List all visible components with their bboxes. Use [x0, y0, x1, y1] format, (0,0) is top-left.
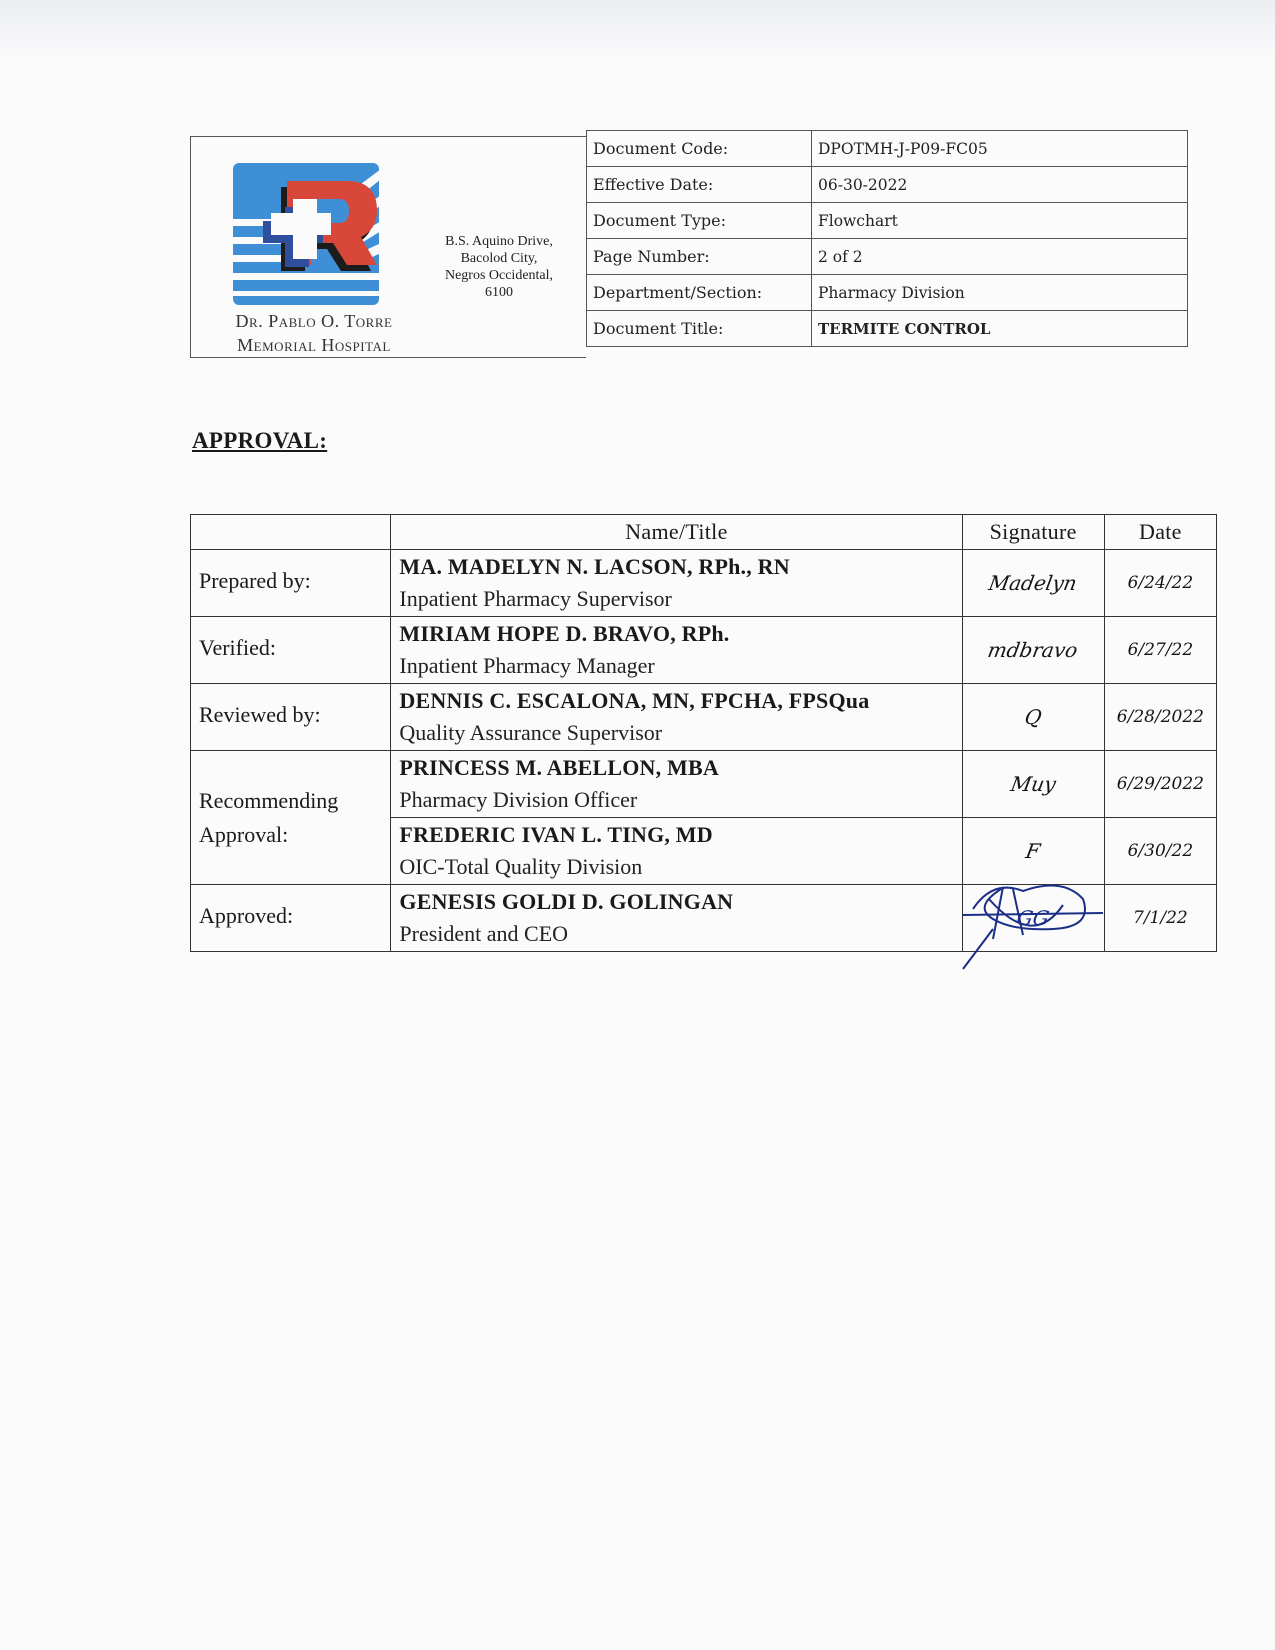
- name-title-cell: MA. MADELYN N. LACSON, RPh., RN Inpatien…: [391, 550, 962, 617]
- table-row-reviewed: Reviewed by: DENNIS C. ESCALONA, MN, FPC…: [191, 684, 1217, 751]
- signed-date: 6/29/2022: [1104, 751, 1216, 818]
- meta-row-document-code: Document Code: DPOTMH-J-P09-FC05: [587, 131, 1188, 167]
- meta-row-department: Department/Section: Pharmacy Division: [587, 275, 1188, 311]
- meta-label: Document Title:: [587, 311, 812, 347]
- column-header-role: [191, 515, 391, 550]
- signature-cell: mdbravo: [962, 617, 1104, 684]
- document-meta-table: Document Code: DPOTMH-J-P09-FC05 Effecti…: [586, 130, 1188, 347]
- person-name: DENNIS C. ESCALONA, MN, FPCHA, FPSQua: [399, 685, 953, 717]
- name-title-cell: GENESIS GOLDI D. GOLINGAN President and …: [391, 885, 962, 952]
- person-title: OIC-Total Quality Division: [399, 851, 953, 883]
- person-name: GENESIS GOLDI D. GOLINGAN: [399, 886, 953, 918]
- name-title-cell: PRINCESS M. ABELLON, MBA Pharmacy Divisi…: [391, 751, 962, 818]
- meta-row-effective-date: Effective Date: 06-30-2022: [587, 167, 1188, 203]
- handwritten-signature: Muy: [1009, 772, 1058, 796]
- hospital-cross-r-logo-icon: [231, 159, 387, 309]
- approval-table-header: Name/Title Signature Date: [191, 515, 1217, 550]
- signed-date: 6/30/22: [1104, 818, 1216, 885]
- meta-value-document-type: Flowchart: [812, 203, 1188, 239]
- person-title: Inpatient Pharmacy Supervisor: [399, 583, 953, 615]
- person-title: President and CEO: [399, 918, 953, 950]
- document-header: Dr. Pablo O. Torre Memorial Hospital B.S…: [190, 130, 1188, 358]
- approval-heading: APPROVAL:: [192, 428, 327, 454]
- person-title: Quality Assurance Supervisor: [399, 717, 953, 749]
- signature-cell: Madelyn: [962, 550, 1104, 617]
- table-row-prepared: Prepared by: MA. MADELYN N. LACSON, RPh.…: [191, 550, 1217, 617]
- table-row-verified: Verified: MIRIAM HOPE D. BRAVO, RPh. Inp…: [191, 617, 1217, 684]
- meta-value-document-title: TERMITE CONTROL: [812, 311, 1188, 347]
- meta-value-page-number: 2 of 2: [812, 239, 1188, 275]
- meta-label: Document Type:: [587, 203, 812, 239]
- meta-label: Page Number:: [587, 239, 812, 275]
- column-header-name-title: Name/Title: [391, 515, 962, 550]
- signed-date: 6/28/2022: [1104, 684, 1216, 751]
- signature-cell: GG: [962, 885, 1104, 952]
- approval-table: Name/Title Signature Date Prepared by: M…: [190, 514, 1217, 952]
- person-name: FREDERIC IVAN L. TING, MD: [399, 819, 953, 851]
- role-label: Approved:: [191, 885, 391, 952]
- hospital-address: B.S. Aquino Drive, Bacolod City, Negros …: [423, 233, 575, 301]
- role-label: Prepared by:: [191, 550, 391, 617]
- meta-value-department: Pharmacy Division: [812, 275, 1188, 311]
- name-title-cell: FREDERIC IVAN L. TING, MD OIC-Total Qual…: [391, 818, 962, 885]
- scan-shadow: [0, 0, 1275, 60]
- handwritten-signature: GG: [1015, 906, 1051, 930]
- handwritten-signature: Madelyn: [987, 571, 1079, 595]
- person-title: Pharmacy Division Officer: [399, 784, 953, 816]
- person-name: MA. MADELYN N. LACSON, RPh., RN: [399, 551, 953, 583]
- role-label-line-2: Approval:: [199, 818, 382, 852]
- column-header-signature: Signature: [962, 515, 1104, 550]
- role-label-line-1: Recommending: [199, 784, 382, 818]
- hospital-name-line-2: Memorial Hospital: [191, 333, 437, 357]
- meta-value-effective-date: 06-30-2022: [812, 167, 1188, 203]
- role-label-recommending-approval: Recommending Approval:: [191, 751, 391, 885]
- hospital-name: Dr. Pablo O. Torre Memorial Hospital: [191, 309, 437, 357]
- name-title-cell: DENNIS C. ESCALONA, MN, FPCHA, FPSQua Qu…: [391, 684, 962, 751]
- meta-label: Effective Date:: [587, 167, 812, 203]
- column-header-date: Date: [1104, 515, 1216, 550]
- meta-label: Document Code:: [587, 131, 812, 167]
- handwritten-signature: mdbravo: [986, 638, 1080, 662]
- signed-date: 6/24/22: [1104, 550, 1216, 617]
- meta-row-document-type: Document Type: Flowchart: [587, 203, 1188, 239]
- role-label: Verified:: [191, 617, 391, 684]
- meta-row-page-number: Page Number: 2 of 2: [587, 239, 1188, 275]
- handwritten-signature: Q: [1023, 705, 1044, 729]
- address-line-1: B.S. Aquino Drive,: [423, 233, 575, 250]
- address-line-3: Negros Occidental,: [423, 267, 575, 284]
- role-label: Reviewed by:: [191, 684, 391, 751]
- meta-value-document-code: DPOTMH-J-P09-FC05: [812, 131, 1188, 167]
- table-row-recommending-1: Recommending Approval: PRINCESS M. ABELL…: [191, 751, 1217, 818]
- signature-cell: Q: [962, 684, 1104, 751]
- person-name: PRINCESS M. ABELLON, MBA: [399, 752, 953, 784]
- handwritten-signature: F: [1024, 839, 1042, 863]
- name-title-cell: MIRIAM HOPE D. BRAVO, RPh. Inpatient Pha…: [391, 617, 962, 684]
- person-name: MIRIAM HOPE D. BRAVO, RPh.: [399, 618, 953, 650]
- signature-cell: F: [962, 818, 1104, 885]
- address-line-4: 6100: [423, 284, 575, 301]
- signed-date: 6/27/22: [1104, 617, 1216, 684]
- person-title: Inpatient Pharmacy Manager: [399, 650, 953, 682]
- table-row-approved: Approved: GENESIS GOLDI D. GOLINGAN Pres…: [191, 885, 1217, 952]
- meta-row-document-title: Document Title: TERMITE CONTROL: [587, 311, 1188, 347]
- meta-label: Department/Section:: [587, 275, 812, 311]
- hospital-identity-block: Dr. Pablo O. Torre Memorial Hospital B.S…: [190, 136, 586, 358]
- hospital-name-line-1: Dr. Pablo O. Torre: [191, 309, 437, 333]
- signature-cell: Muy: [962, 751, 1104, 818]
- address-line-2: Bacolod City,: [423, 250, 575, 267]
- signed-date: 7/1/22: [1104, 885, 1216, 952]
